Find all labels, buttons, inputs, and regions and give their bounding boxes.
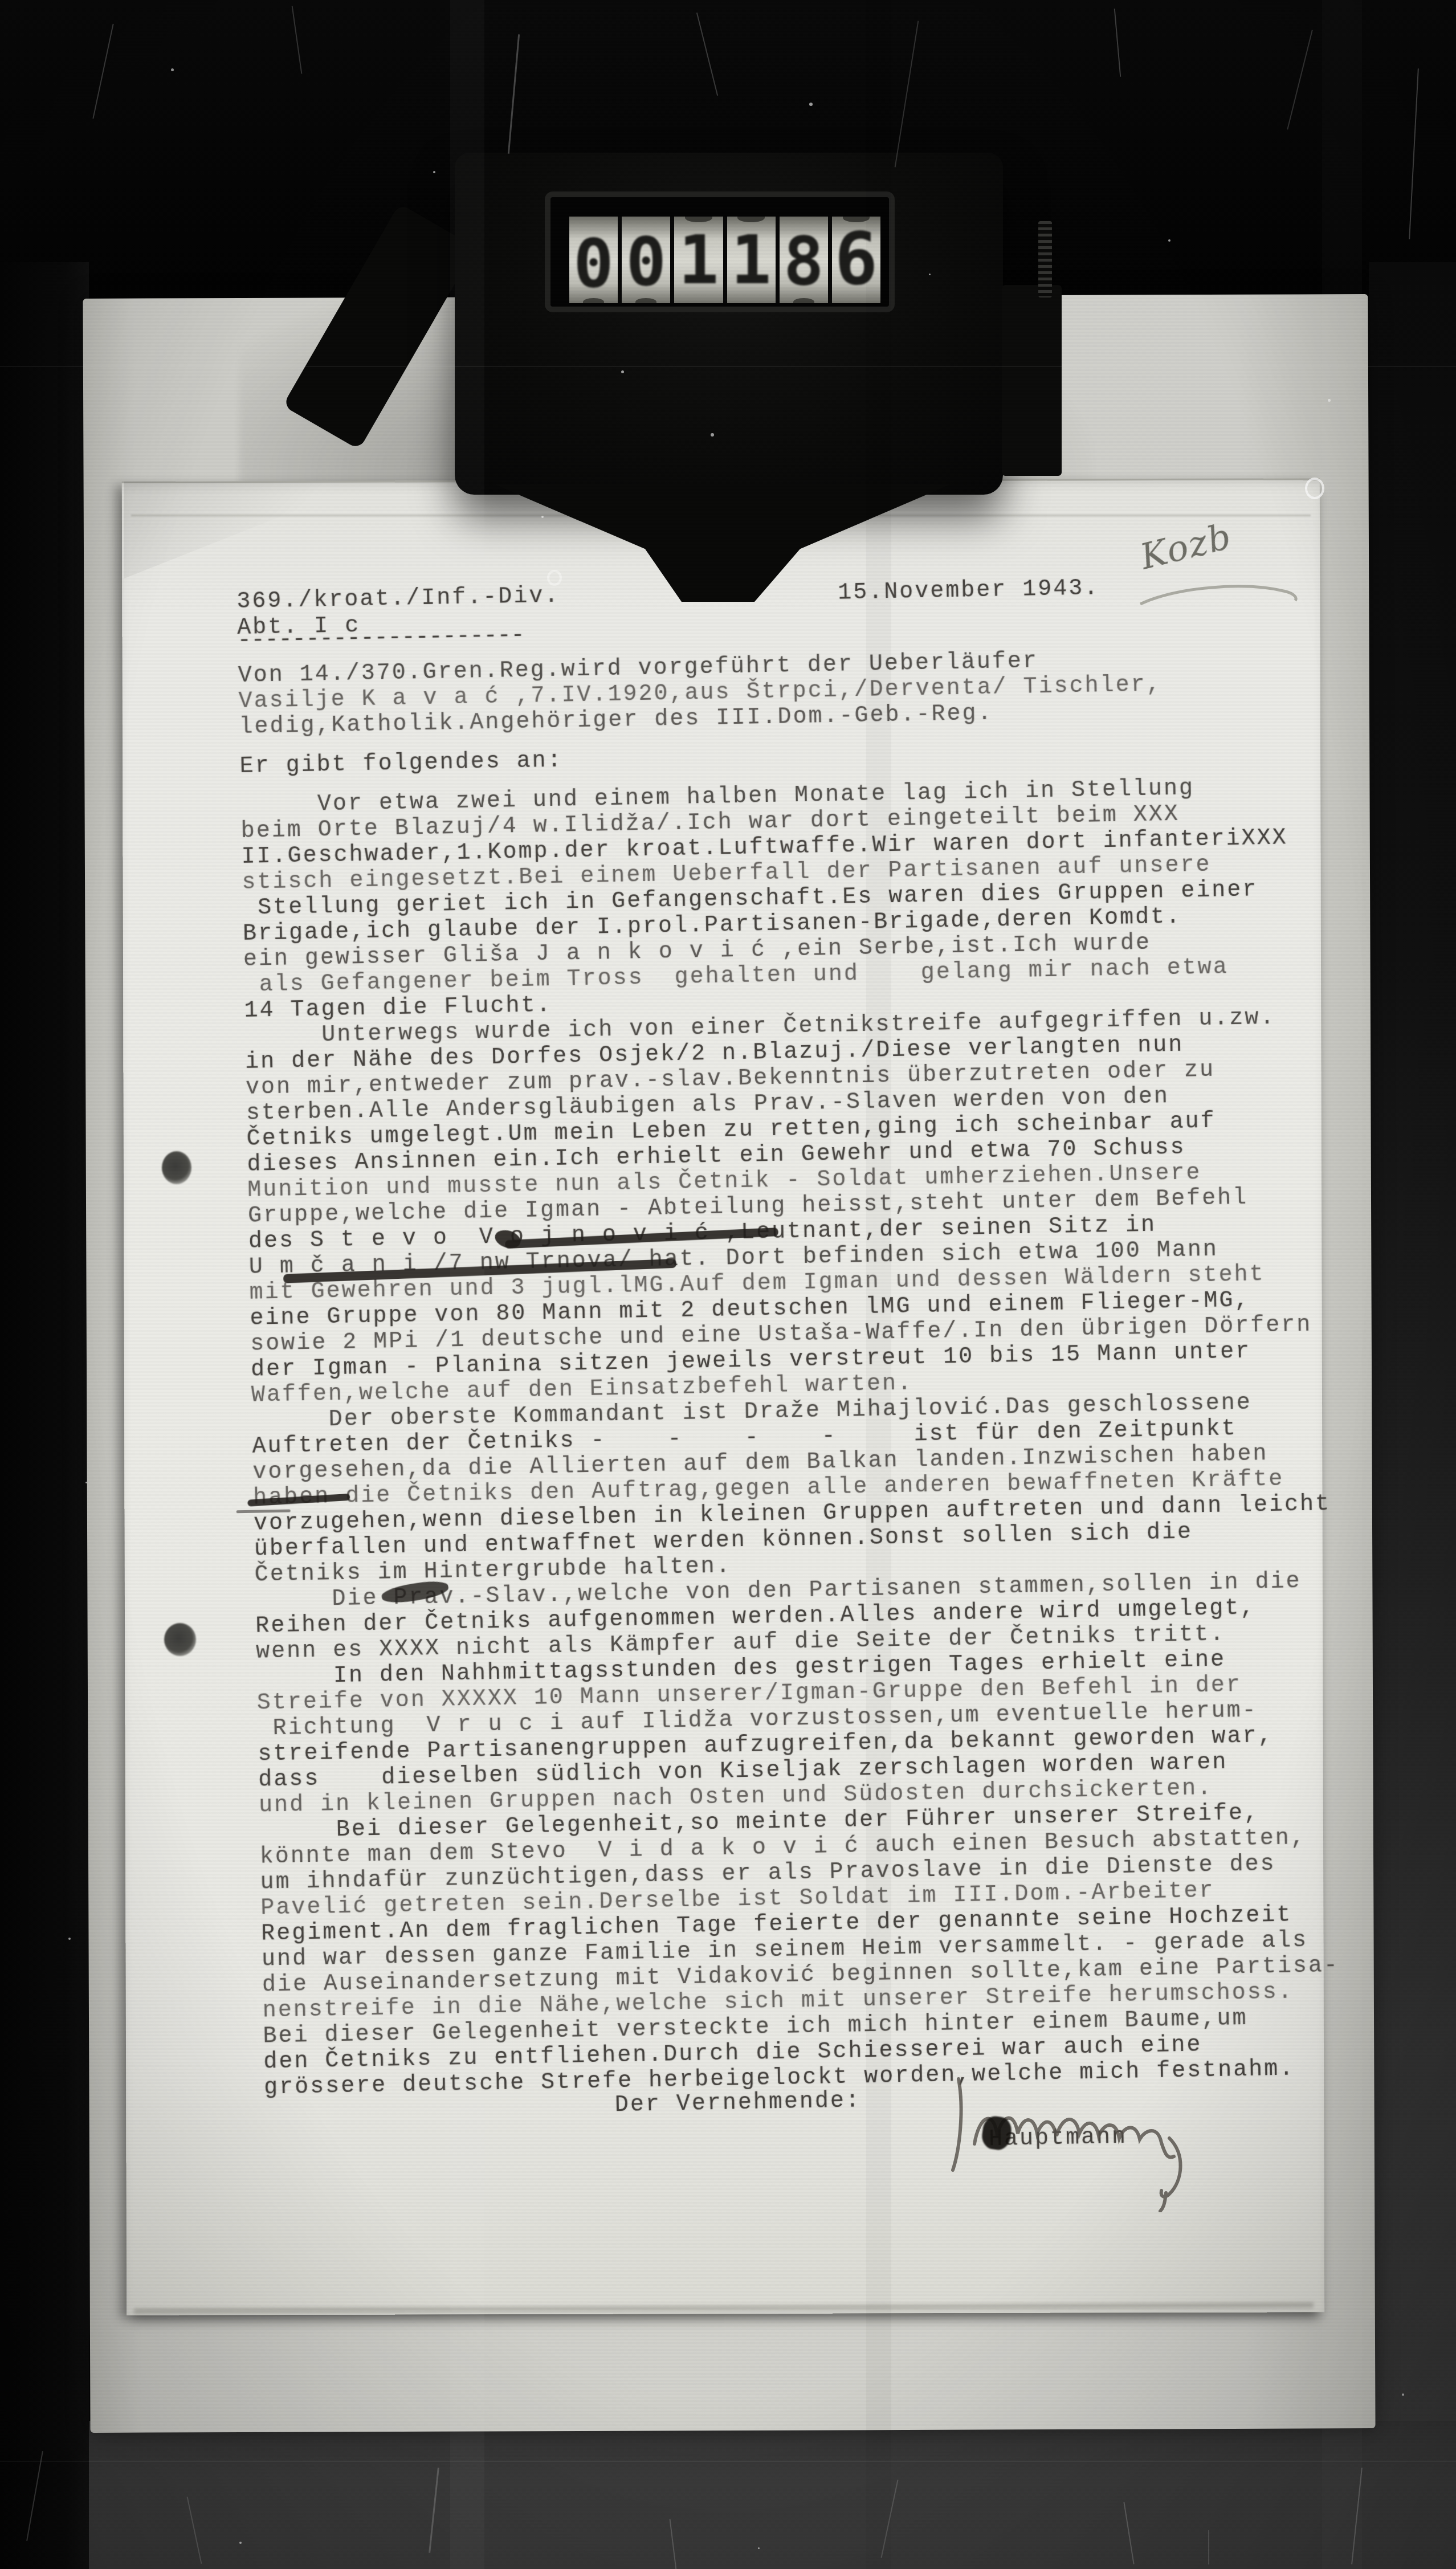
- film-scratch: [0, 2461, 1456, 2462]
- counter-digit: 8: [784, 222, 824, 300]
- report-body: Von 14./370.Gren.Reg.wird vorgeführt der…: [238, 643, 1381, 2101]
- film-scratch: [0, 366, 1456, 367]
- dust-speck: [1328, 399, 1331, 402]
- dust-speck: [758, 2547, 760, 2549]
- dust-speck: [929, 274, 931, 275]
- punch-hole-top: [162, 1151, 191, 1184]
- film-right-band: [1369, 262, 1456, 2569]
- pencil-underline-flourish: [1137, 577, 1308, 617]
- counter-digit: 0: [626, 222, 666, 301]
- counter-digit-wheel: 1: [727, 217, 776, 303]
- dust-speck: [809, 103, 813, 106]
- dust-speck: [239, 2542, 242, 2544]
- dust-speck: [1402, 2393, 1404, 2396]
- film-streak: [450, 0, 484, 2569]
- dust-speck: [1168, 239, 1170, 242]
- film-streak: [866, 0, 891, 2569]
- dust-speck: [171, 68, 174, 71]
- counter-knurled-rod: [1038, 221, 1052, 297]
- dust-ring: [1305, 478, 1324, 499]
- counter-digit: 1: [731, 221, 772, 299]
- dust-speck: [68, 1938, 71, 1940]
- counter-side-tab: [1002, 285, 1062, 476]
- dust-speck: [85, 1482, 87, 1483]
- dust-ring: [547, 570, 562, 586]
- counter-digit-wheel: 8: [780, 217, 828, 303]
- signature-script: [939, 2058, 1213, 2212]
- dust-speck: [433, 171, 435, 173]
- counter-digit-wheel: 0: [622, 217, 670, 303]
- dust-speck: [621, 370, 624, 373]
- counter-digit-wheel: 0: [569, 217, 618, 303]
- film-scratch: [1208, 2530, 1209, 2564]
- microfilm-frame: 0 0 1 1 8 6 369./kroat./Inf.-Div. Abt. I…: [0, 0, 1456, 2569]
- frame-counter-readout: 0 0 1 1 8 6: [569, 217, 880, 303]
- dust-speck: [711, 433, 714, 437]
- film-streak: [1322, 0, 1362, 2569]
- dust-speck: [541, 516, 544, 518]
- counter-digit-wheel: 1: [674, 217, 723, 303]
- closing-line: Der Vernehmende:: [614, 2088, 861, 2118]
- counter-digit: 0: [573, 224, 614, 303]
- film-bottom-band: [55, 2421, 1456, 2569]
- film-left-band: [0, 262, 89, 2569]
- counter-digit: 1: [678, 221, 719, 299]
- punch-hole-bottom: [164, 1623, 196, 1656]
